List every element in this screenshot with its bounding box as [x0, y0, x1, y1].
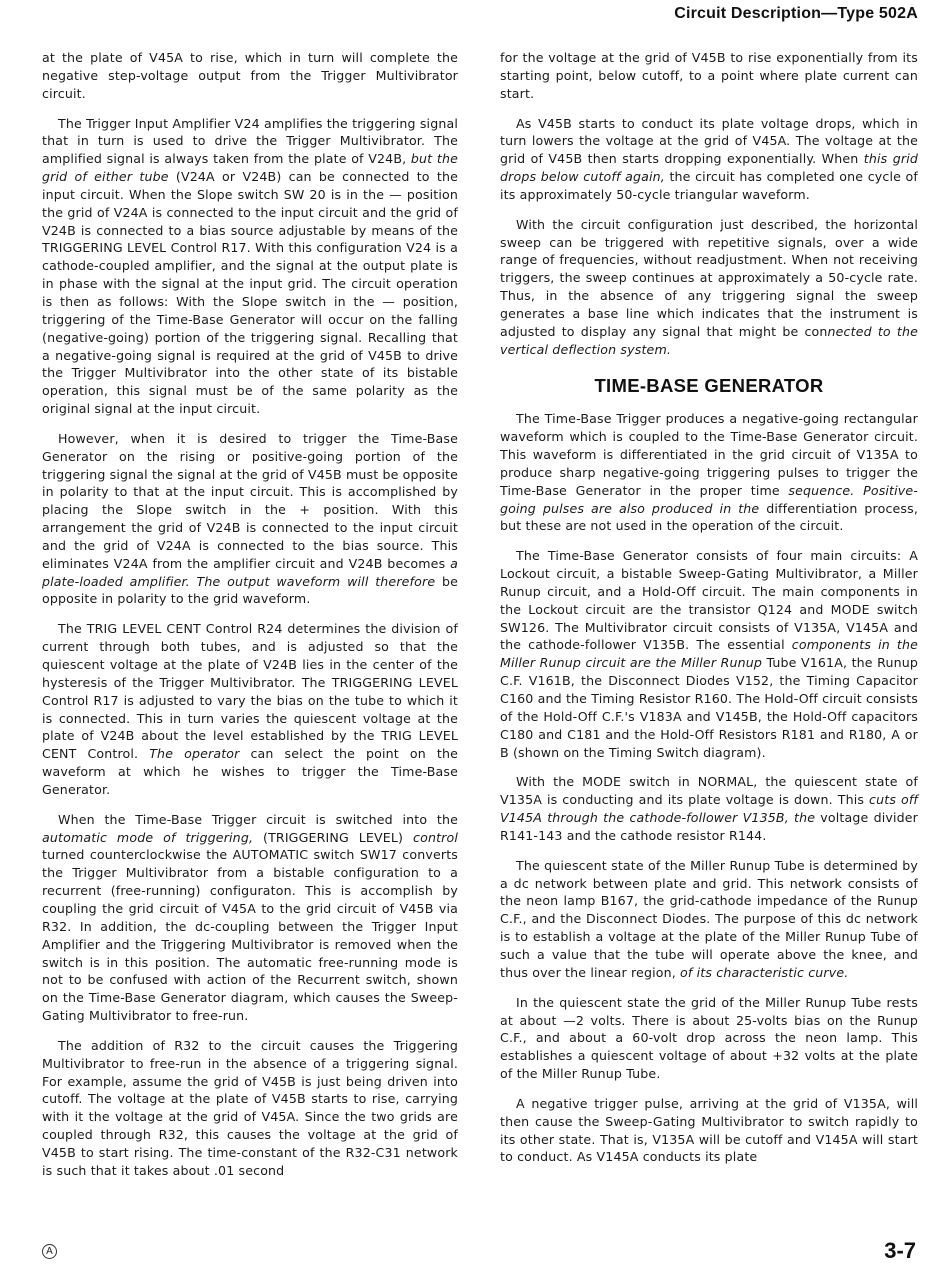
right-column-intro: for the voltage at the grid of V45B to r…	[500, 49, 918, 359]
text-run: The quiescent state of the Miller Runup …	[500, 858, 918, 980]
text-run: at the plate of V45A to rise, which in t…	[42, 50, 458, 101]
revision-mark-icon: A	[42, 1244, 57, 1259]
paragraph: The addition of R32 to the circuit cause…	[42, 1037, 458, 1180]
italic-text: control	[413, 830, 458, 845]
text-run: However, when it is desired to trigger t…	[42, 431, 458, 571]
italic-text: The operator	[149, 746, 239, 761]
text-run: The TRIG LEVEL CENT Control R24 determin…	[42, 621, 458, 761]
text-run: for the voltage at the grid of V45B to r…	[500, 50, 918, 101]
page-number: 3-7	[884, 1238, 916, 1264]
paragraph: When the Time-Base Trigger circuit is sw…	[42, 811, 458, 1025]
paragraph: The Time-Base Trigger produces a negativ…	[500, 410, 918, 535]
italic-text: automatic mode of triggering,	[42, 830, 253, 845]
paragraph: The quiescent state of the Miller Runup …	[500, 857, 918, 982]
text-run: A negative trigger pulse, arriving at th…	[500, 1096, 918, 1165]
text-run: When the Time-Base Trigger circuit is sw…	[58, 812, 458, 827]
text-run: The Trigger Input Amplifier V24 amplifie…	[42, 116, 458, 167]
text-run: As V45B starts to conduct its plate volt…	[500, 116, 918, 167]
right-column: for the voltage at the grid of V45B to r…	[500, 49, 918, 1178]
right-column-section-body: The Time-Base Trigger produces a negativ…	[500, 410, 918, 1166]
italic-text: of its characteristic curve.	[680, 965, 848, 980]
section-heading-time-base-generator: TIME-BASE GENERATOR	[500, 377, 918, 395]
paragraph: The TRIG LEVEL CENT Control R24 determin…	[42, 620, 458, 798]
paragraph: In the quiescent state the grid of the M…	[500, 994, 918, 1083]
text-run: The addition of R32 to the circuit cause…	[42, 1038, 458, 1178]
paragraph: The Trigger Input Amplifier V24 amplifie…	[42, 115, 458, 418]
paragraph: With the circuit configuration just desc…	[500, 216, 918, 359]
text-run: (V24A or V24B) can be connected to the i…	[42, 169, 458, 416]
text-run: With the MODE switch in NORMAL, the quie…	[500, 774, 918, 807]
paragraph: With the MODE switch in NORMAL, the quie…	[500, 773, 918, 844]
left-column: at the plate of V45A to rise, which in t…	[42, 49, 458, 1192]
text-run: With the circuit configuration just desc…	[500, 217, 918, 339]
text-run: turned counterclockwise the AUTOMATIC sw…	[42, 847, 458, 1023]
running-header: Circuit Description—Type 502A	[674, 5, 918, 23]
text-run: (TRIGGERING LEVEL)	[253, 830, 413, 845]
paragraph: The Time-Base Generator consists of four…	[500, 547, 918, 761]
paragraph: As V45B starts to conduct its plate volt…	[500, 115, 918, 204]
paragraph: for the voltage at the grid of V45B to r…	[500, 49, 918, 103]
paragraph: However, when it is desired to trigger t…	[42, 430, 458, 608]
paragraph: A negative trigger pulse, arriving at th…	[500, 1095, 918, 1166]
text-run: In the quiescent state the grid of the M…	[500, 995, 918, 1081]
paragraph: at the plate of V45A to rise, which in t…	[42, 49, 458, 103]
text-run: Tube V161A, the Runup C.F. V161B, the Di…	[500, 655, 918, 759]
